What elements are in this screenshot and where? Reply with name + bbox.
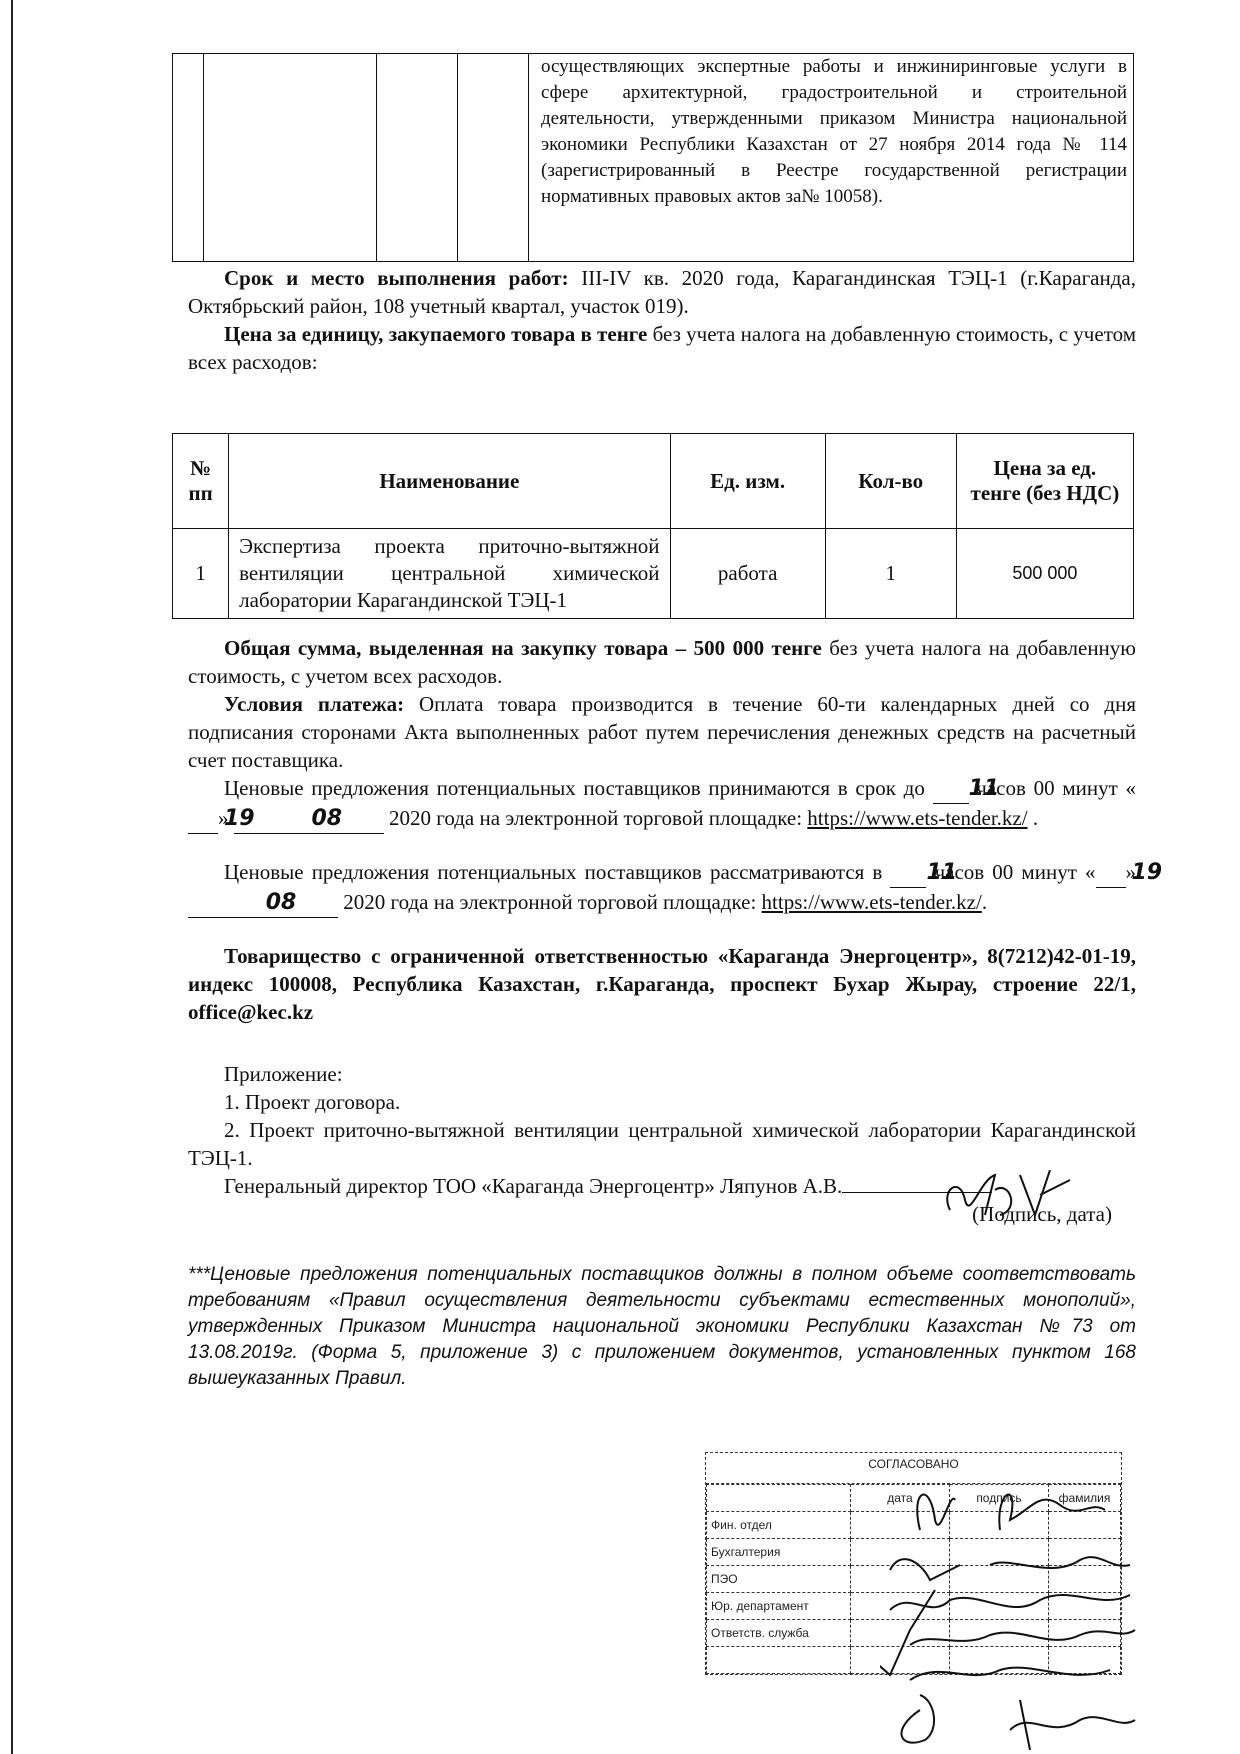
- header-price: Цена за ед. тенге (без НДС): [956, 434, 1133, 529]
- table-cell: [173, 54, 204, 262]
- header-num: № пп: [173, 434, 229, 529]
- price-table: № пп Наименование Ед. изм. Кол-во Цена з…: [172, 433, 1134, 619]
- stamp-row-label: ПЭО: [707, 1566, 851, 1593]
- offers-accept-text: часов 00 минут «: [969, 776, 1136, 800]
- attachment-item: 2. Проект приточно-вытяжной вентиляции ц…: [188, 1116, 1136, 1172]
- footnote: ***Ценовые предложения потенциальных пос…: [188, 1262, 1136, 1392]
- offers-accept-text: 2020 года на электронной торговой площад…: [384, 806, 808, 830]
- offers-review-text: .: [982, 890, 987, 914]
- table-header-row: № пп Наименование Ед. изм. Кол-во Цена з…: [173, 434, 1134, 529]
- approval-signatures-icon: [880, 1470, 1140, 1750]
- table-cell: [204, 54, 377, 262]
- company-paragraph: Товарищество с ограниченной ответственно…: [188, 942, 1136, 1026]
- payment-label: Условия платежа:: [224, 692, 404, 716]
- offers-accept-text: .: [1028, 806, 1039, 830]
- header-name: Наименование: [229, 434, 670, 529]
- terms-label: Срок и место выполнения работ:: [224, 266, 569, 290]
- header-qty: Кол-во: [825, 434, 956, 529]
- stamp-col-header: [707, 1485, 851, 1512]
- row-name: Экспертиза проекта приточно-вытяжной вен…: [229, 529, 670, 619]
- offers-review-text: часов 00 минут «: [926, 860, 1095, 884]
- tender-link[interactable]: https://www.ets-tender.kz/: [807, 806, 1027, 830]
- offers-accept-text: »: [218, 806, 234, 830]
- offers-review-text: »: [1126, 860, 1137, 884]
- unit-price-label: Цена за единицу, закупаемого товара в те…: [224, 322, 647, 346]
- director-signature-icon: [940, 1170, 1110, 1230]
- offers-accept-paragraph: Ценовые предложения потенциальных постав…: [188, 774, 1136, 834]
- attachments-title: Приложение:: [188, 1060, 1136, 1088]
- header-unit: Ед. изм.: [670, 434, 825, 529]
- handwritten-month: 08: [234, 805, 384, 834]
- payment-paragraph: Условия платежа: Оплата товара производи…: [188, 690, 1136, 774]
- handwritten-month: 08: [188, 889, 338, 918]
- table-cell: осуществляющих экспертные работы и инжин…: [529, 54, 1134, 262]
- handwritten-hour: 11: [933, 775, 969, 804]
- regulation-text: осуществляющих экспертные работы и инжин…: [529, 54, 1133, 210]
- handwritten-day: 19: [188, 805, 218, 834]
- row-unit: работа: [670, 529, 825, 619]
- unit-price-intro: Цена за единицу, закупаемого товара в те…: [188, 320, 1136, 376]
- signatory-text: Генеральный директор ТОО «Караганда Энер…: [224, 1174, 842, 1198]
- total-label: Общая сумма, выделенная на закупку товар…: [224, 636, 694, 660]
- scan-edge-line: [11, 0, 13, 1754]
- handwritten-hour: 11: [890, 859, 926, 888]
- stamp-row-label: Юр. департамент: [707, 1593, 851, 1620]
- row-price: 500 000: [956, 529, 1133, 619]
- stamp-row-label: Фин. отдел: [707, 1512, 851, 1539]
- row-qty: 1: [825, 529, 956, 619]
- stamp-row-label: Ответств. служба: [707, 1620, 851, 1647]
- stamp-row-label: Бухгалтерия: [707, 1539, 851, 1566]
- handwritten-day: 19: [1096, 859, 1126, 888]
- offers-accept-text: Ценовые предложения потенциальных постав…: [224, 776, 933, 800]
- table-cell: [458, 54, 529, 262]
- tender-link[interactable]: https://www.ets-tender.kz/: [762, 890, 982, 914]
- terms-paragraph: Срок и место выполнения работ: III-IV кв…: [188, 264, 1136, 320]
- continuation-table: осуществляющих экспертные работы и инжин…: [172, 53, 1134, 262]
- row-num: 1: [173, 529, 229, 619]
- offers-review-paragraph: Ценовые предложения потенциальных постав…: [188, 858, 1136, 918]
- total-paragraph: Общая сумма, выделенная на закупку товар…: [188, 634, 1136, 690]
- table-row: 1 Экспертиза проекта приточно-вытяжной в…: [173, 529, 1134, 619]
- total-amount: 500 000 тенге: [694, 636, 822, 660]
- attachment-item: 1. Проект договора.: [188, 1088, 1136, 1116]
- table-cell: [377, 54, 458, 262]
- stamp-row-label: [707, 1647, 851, 1674]
- offers-review-text: 2020 года на электронной торговой площад…: [338, 890, 762, 914]
- offers-review-text: Ценовые предложения потенциальных постав…: [224, 860, 890, 884]
